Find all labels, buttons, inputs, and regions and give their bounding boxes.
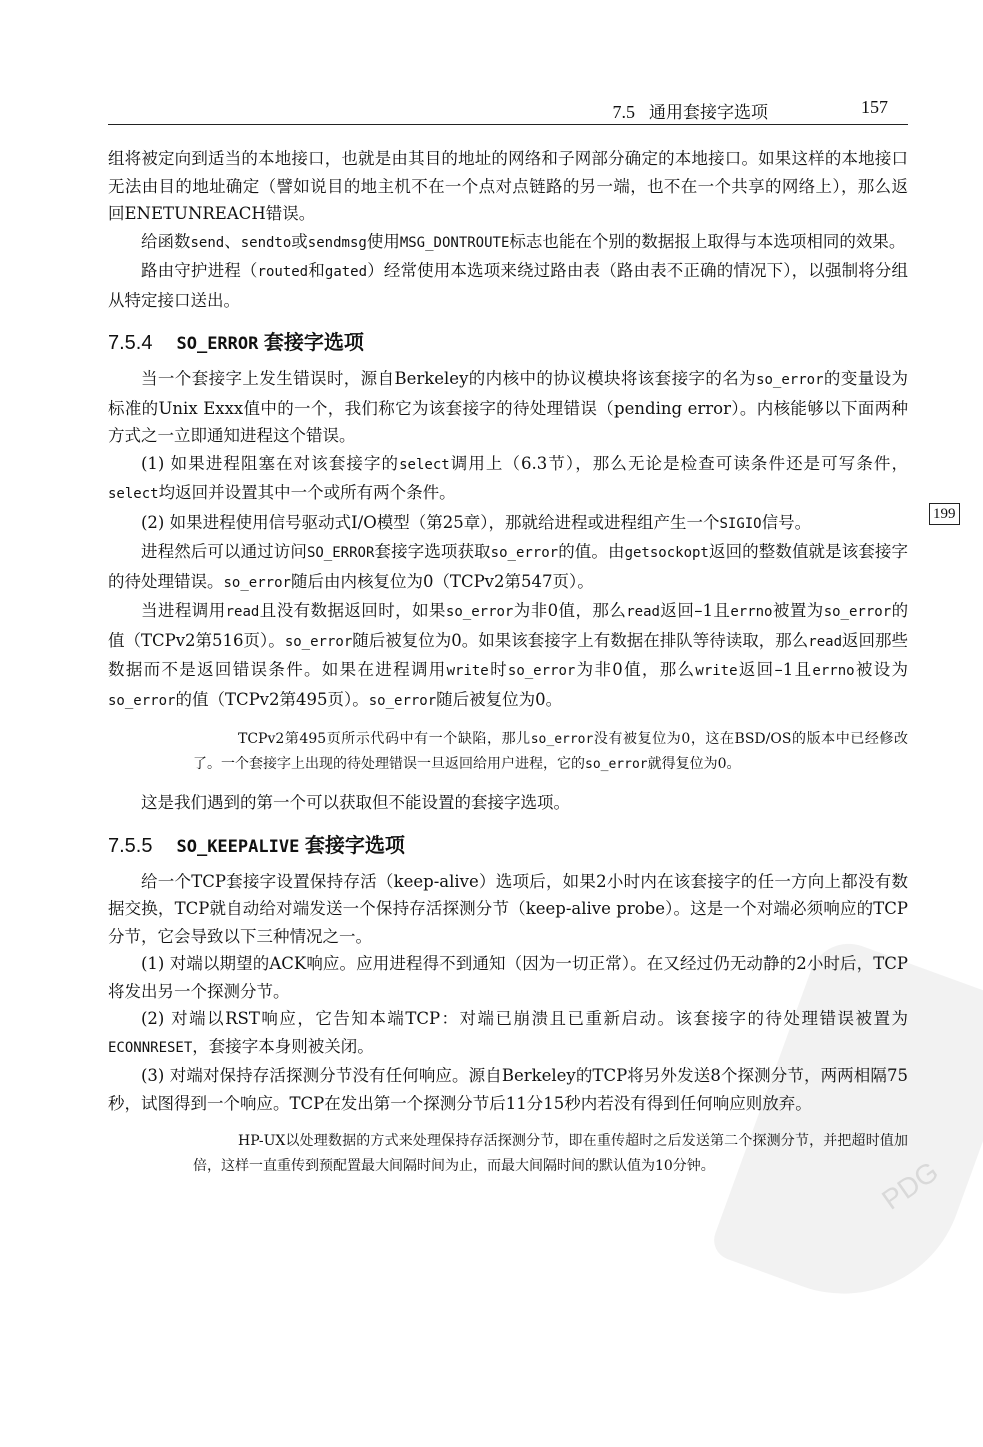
paragraph: (2) 如果进程使用信号驱动式I/O模型（第25章），那就给进程或进程组产生一个…	[108, 509, 908, 539]
section-heading-7-5-4: 7.5.4SO_ERROR 套接字选项	[108, 326, 908, 355]
paragraph: 当进程调用read且没有数据返回时，如果so_error为非0值，那么read返…	[108, 597, 908, 715]
paragraph: 路由守护进程（routed和gated）经常使用本选项来绕过路由表（路由表不正确…	[108, 257, 908, 314]
margin-page-reference: 199	[929, 503, 960, 525]
paragraph: 组将被定向到适当的本地接口，也就是由其目的地址的网络和子网部分确定的本地接口。如…	[108, 145, 908, 228]
note-block: HP-UX以处理数据的方式来处理保持存活探测分节，即在重传超时之后发送第二个探测…	[193, 1129, 908, 1179]
paragraph: (1) 对端以期望的ACK响应。应用进程得不到通知（因为一切正常）。在又经过仍无…	[108, 950, 908, 1005]
paragraph: (3) 对端对保持存活探测分节没有任何响应。源自Berkeley的TCP将另外发…	[108, 1062, 908, 1117]
paragraph: 进程然后可以通过访问SO_ERROR套接字选项获取so_error的值。由get…	[108, 538, 908, 597]
paragraph: (2) 对端以RST响应，它告知本端TCP：对端已崩溃且已重新启动。该套接字的待…	[108, 1005, 908, 1062]
note-text: HP-UX以处理数据的方式来处理保持存活探测分节，即在重传超时之后发送第二个探测…	[193, 1129, 908, 1179]
paragraph: 这是我们遇到的第一个可以获取但不能设置的套接字选项。	[108, 789, 908, 817]
header-rule	[108, 124, 908, 125]
section-heading-7-5-5: 7.5.5SO_KEEPALIVE 套接字选项	[108, 829, 908, 858]
note-text: TCPv2第495页所示代码中有一个缺陷，那儿so_error没有被复位为0，这…	[193, 727, 908, 777]
note-block: TCPv2第495页所示代码中有一个缺陷，那儿so_error没有被复位为0，这…	[193, 727, 908, 777]
book-page: PDG 7.5通用套接字选项 157 199 组将被定向到适当的本地接口，也就是…	[0, 0, 983, 1447]
page-number: 157	[861, 97, 888, 118]
paragraph: 给一个TCP套接字设置保持存活（keep-alive）选项后，如果2小时内在该套…	[108, 868, 908, 951]
header-section: 7.5通用套接字选项	[613, 98, 769, 123]
paragraph: 当一个套接字上发生错误时，源自Berkeley的内核中的协议模块将该套接字的名为…	[108, 365, 908, 450]
running-header: 7.5通用套接字选项 157	[108, 96, 908, 126]
page-body: 组将被定向到适当的本地接口，也就是由其目的地址的网络和子网部分确定的本地接口。如…	[108, 145, 908, 1191]
paragraph: (1) 如果进程阻塞在对该套接字的select调用上（6.3节），那么无论是检查…	[108, 450, 908, 509]
paragraph: 给函数send、sendto或sendmsg使用MSG_DONTROUTE标志也…	[108, 228, 908, 258]
